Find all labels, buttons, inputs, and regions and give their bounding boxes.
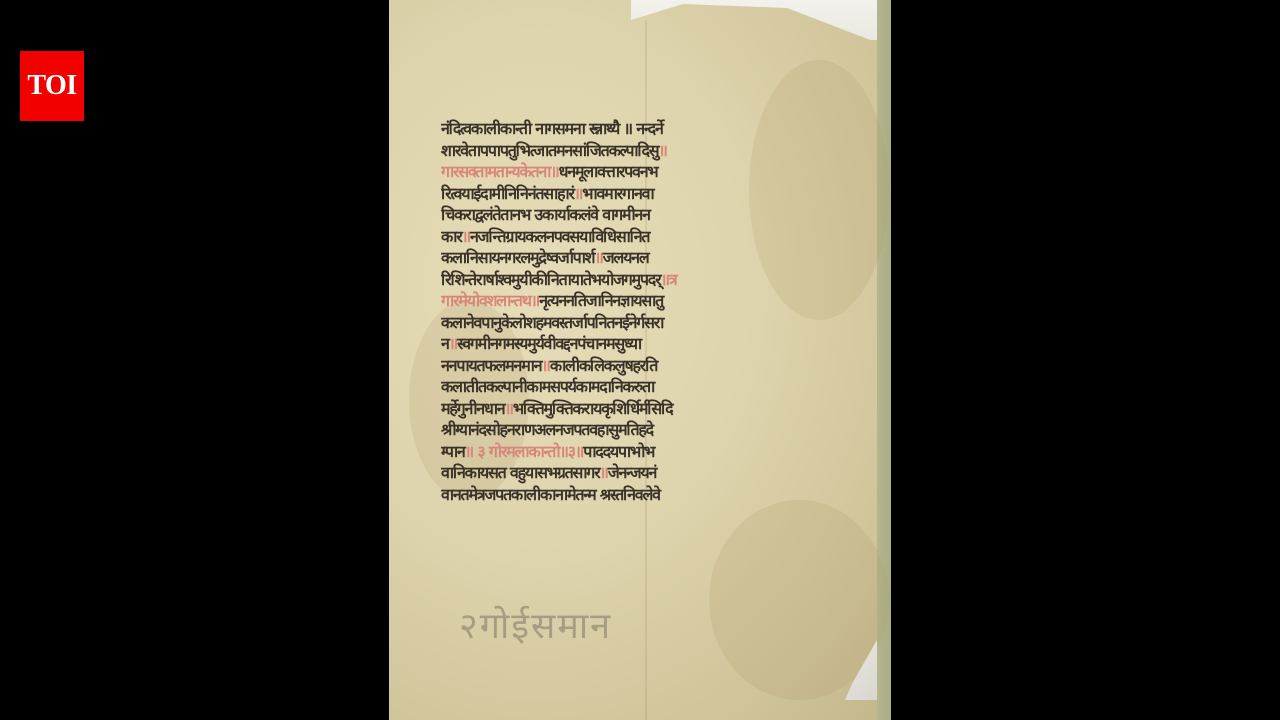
manuscript-line: कार॥नजन्तिग्रायकलनपवसयाविधिसानित: [441, 226, 761, 248]
manuscript-line: शारवेतापपापतुभित्जातमनसांजितकल्पादिसु॥: [441, 140, 761, 162]
manuscript-line: कलानिसायनगरलमुद्रेष्वर्जापार्श॥जलयनल: [441, 247, 761, 269]
background-wall: [631, 0, 891, 40]
manuscript-line: कलातीतकल्पानीकामसपर्यकामदानिकरुता: [441, 376, 761, 398]
manuscript-line: चिकराद्वलंतेतानभ उकार्याकलंवे वागमीनन: [441, 204, 761, 226]
manuscript-line: नंदित्वकालीकान्ती नागसमना स्न्नाथ्यै ॥ न…: [441, 118, 761, 140]
manuscript-line: वानिकायसत वहुयासभग्रतसागर॥जेनन्जयनं: [441, 462, 761, 484]
manuscript-line: कलानेवपानुकेलोशहमवस्तर्जापनितनईनेर्गसरा: [441, 312, 761, 334]
manuscript-line: गारमेयोवशलान्तथ॥नृत्यननतिजानिनज्ञायसातु: [441, 290, 761, 312]
manuscript-line: वानतमेत्रजपतकालीकानामेतन्म श्रस्तनिवलेवे: [441, 484, 761, 506]
logo-text: TOI: [27, 70, 76, 102]
manuscript-line: रित्वयाईदामीनिनिनंतसाहारं॥भावमारगानवा: [441, 183, 761, 205]
manuscript-line: न॥स्वगमीनगमस्यमुर्यवीवद्दनपंचानमसुध्या: [441, 333, 761, 355]
toi-logo[interactable]: TOI: [20, 51, 84, 121]
manuscript-line: म्पान॥ ३ गोरमलाकान्तो॥३॥पाददयपाभोभ: [441, 441, 761, 463]
paper-stain: [749, 60, 889, 320]
manuscript-line: गारसक्तामतान्यकेतना॥धनमूलावत्तारपवनभ: [441, 161, 761, 183]
manuscript-line: मर्हेगुनीनधान॥भक्तिमुक्तिकरायकृशिर्धिर्म…: [441, 398, 761, 420]
manuscript-text: नंदित्वकालीकान्ती नागसमना स्न्नाथ्यै ॥ न…: [441, 118, 761, 505]
manuscript-line: ननपायतफलमनमान॥कालीकलिकलुषहरति: [441, 355, 761, 377]
manuscript-photo: नंदित्वकालीकान्ती नागसमना स्न्नाथ्यै ॥ न…: [389, 0, 891, 720]
handwritten-note: २गोईसमान: [459, 600, 612, 649]
manuscript-line: रिशिन्तेरार्षाश्वमुयीकीनितायातेभयोजगमुपद…: [441, 269, 761, 291]
manuscript-line: श्रीग्यानंदसोहनराणअलनजपतवहासुमतिहदे: [441, 419, 761, 441]
